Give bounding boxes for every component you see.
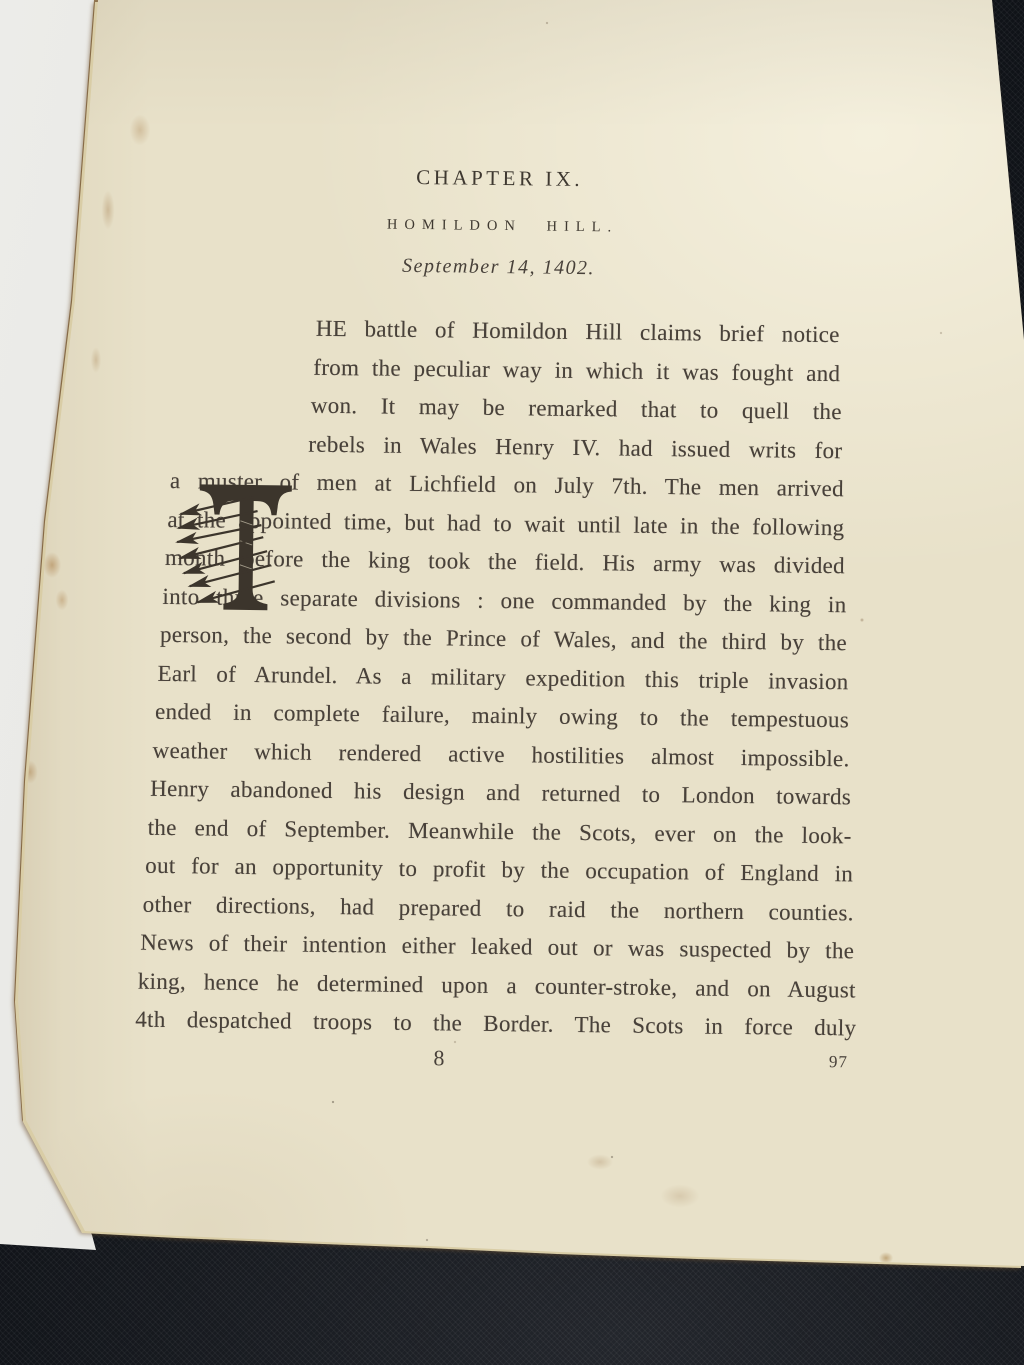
page-number: 97 (829, 1052, 848, 1072)
text-line: 4th despatched troops to the Border. The… (135, 1001, 856, 1048)
text-line: won. It may be remarked that to quell th… (311, 387, 842, 432)
paragraph: HE battle of Homildon Hill claims brief … (139, 308, 848, 1048)
chapter-heading: CHAPTER IX. (150, 162, 850, 196)
book-photo: CHAPTER IX. HOMILDON HILL. September 14,… (0, 0, 1024, 1365)
text-line: HE battle of Homildon Hill claims brief … (316, 310, 840, 355)
drop-cap-letter (198, 484, 292, 610)
text-block: CHAPTER IX. HOMILDON HILL. September 14,… (139, 146, 850, 1076)
book-page-wrap: CHAPTER IX. HOMILDON HILL. September 14,… (0, 0, 1024, 1365)
arrow-icons (176, 496, 275, 603)
date-line: September 14, 1402. (148, 252, 848, 284)
chapter-title: HOMILDON HILL. (149, 214, 849, 240)
text-line: from the peculiar way in which it was fo… (313, 348, 840, 393)
book-page: CHAPTER IX. HOMILDON HILL. September 14,… (0, 0, 1024, 1365)
text-line: rebels in Wales Henry IV. had issued wri… (308, 425, 842, 470)
drop-cap-initial-t-with-arrows-icon (174, 476, 296, 617)
